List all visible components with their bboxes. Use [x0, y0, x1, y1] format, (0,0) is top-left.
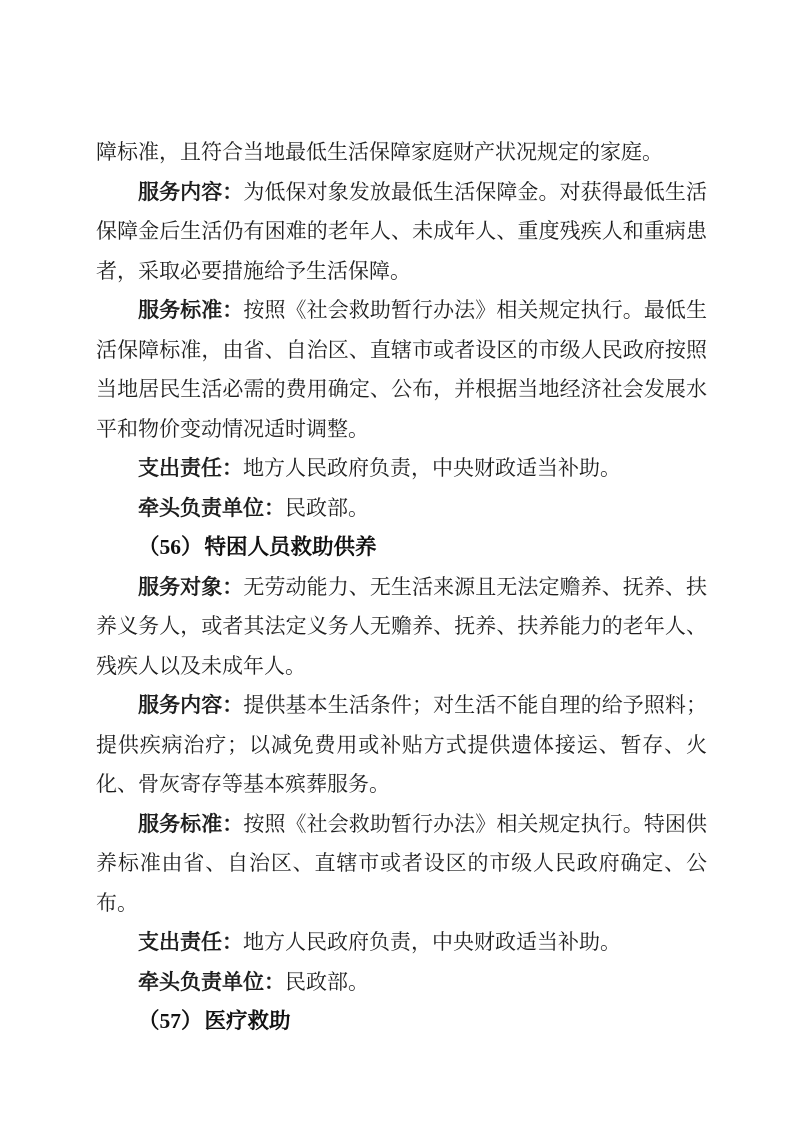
paragraph: 牵头负责单位：民政部。: [96, 489, 707, 529]
paragraph: 服务对象：无劳动能力、无生活来源且无法定赡养、抚养、扶养义务人，或者其法定义务人…: [96, 568, 707, 687]
field-label: 牵头负责单位：: [138, 497, 285, 520]
section-heading: （56）特困人员救助供养: [96, 528, 707, 568]
field-text: 民政部。: [285, 496, 369, 520]
field-label: 支出责任：: [138, 457, 243, 480]
field-label: 牵头负责单位：: [138, 971, 285, 994]
paragraph: 服务标准：按照《社会救助暂行办法》相关规定执行。特困供养标准由省、自治区、直辖市…: [96, 805, 707, 924]
paragraph-continuation: 障标准，且符合当地最低生活保障家庭财产状况规定的家庭。: [96, 133, 707, 173]
section-number: （56）: [138, 535, 203, 559]
field-label: 支出责任：: [138, 931, 243, 954]
paragraph: 服务内容：提供基本生活条件；对生活不能自理的给予照料；提供疾病治疗；以减免费用或…: [96, 686, 707, 805]
field-text: 障标准，且符合当地最低生活保障家庭财产状况规定的家庭。: [96, 140, 663, 164]
document-page: 障标准，且符合当地最低生活保障家庭财产状况规定的家庭。服务内容：为低保对象发放最…: [0, 0, 793, 1122]
paragraph: 支出责任：地方人民政府负责，中央财政适当补助。: [96, 449, 707, 489]
section-title: 特困人员救助供养: [205, 535, 377, 559]
paragraph: 支出责任：地方人民政府负责，中央财政适当补助。: [96, 923, 707, 963]
field-label: 服务内容：: [138, 694, 243, 717]
section-number: （57）: [138, 1009, 203, 1033]
field-text: 民政部。: [285, 970, 369, 994]
field-label: 服务标准：: [138, 299, 243, 322]
field-label: 服务对象：: [138, 576, 243, 599]
field-text: 地方人民政府负责，中央财政适当补助。: [243, 930, 621, 954]
section-title: 医疗救助: [205, 1009, 291, 1033]
document-content: 障标准，且符合当地最低生活保障家庭财产状况规定的家庭。服务内容：为低保对象发放最…: [96, 133, 707, 1042]
field-label: 服务内容：: [138, 181, 243, 204]
section-heading: （57）医疗救助: [96, 1002, 707, 1042]
field-text: 地方人民政府负责，中央财政适当补助。: [243, 456, 621, 480]
field-label: 服务标准：: [138, 813, 243, 836]
paragraph: 服务内容：为低保对象发放最低生活保障金。对获得最低生活保障金后生活仍有困难的老年…: [96, 173, 707, 292]
paragraph: 牵头负责单位：民政部。: [96, 963, 707, 1003]
paragraph: 服务标准：按照《社会救助暂行办法》相关规定执行。最低生活保障标准，由省、自治区、…: [96, 291, 707, 449]
